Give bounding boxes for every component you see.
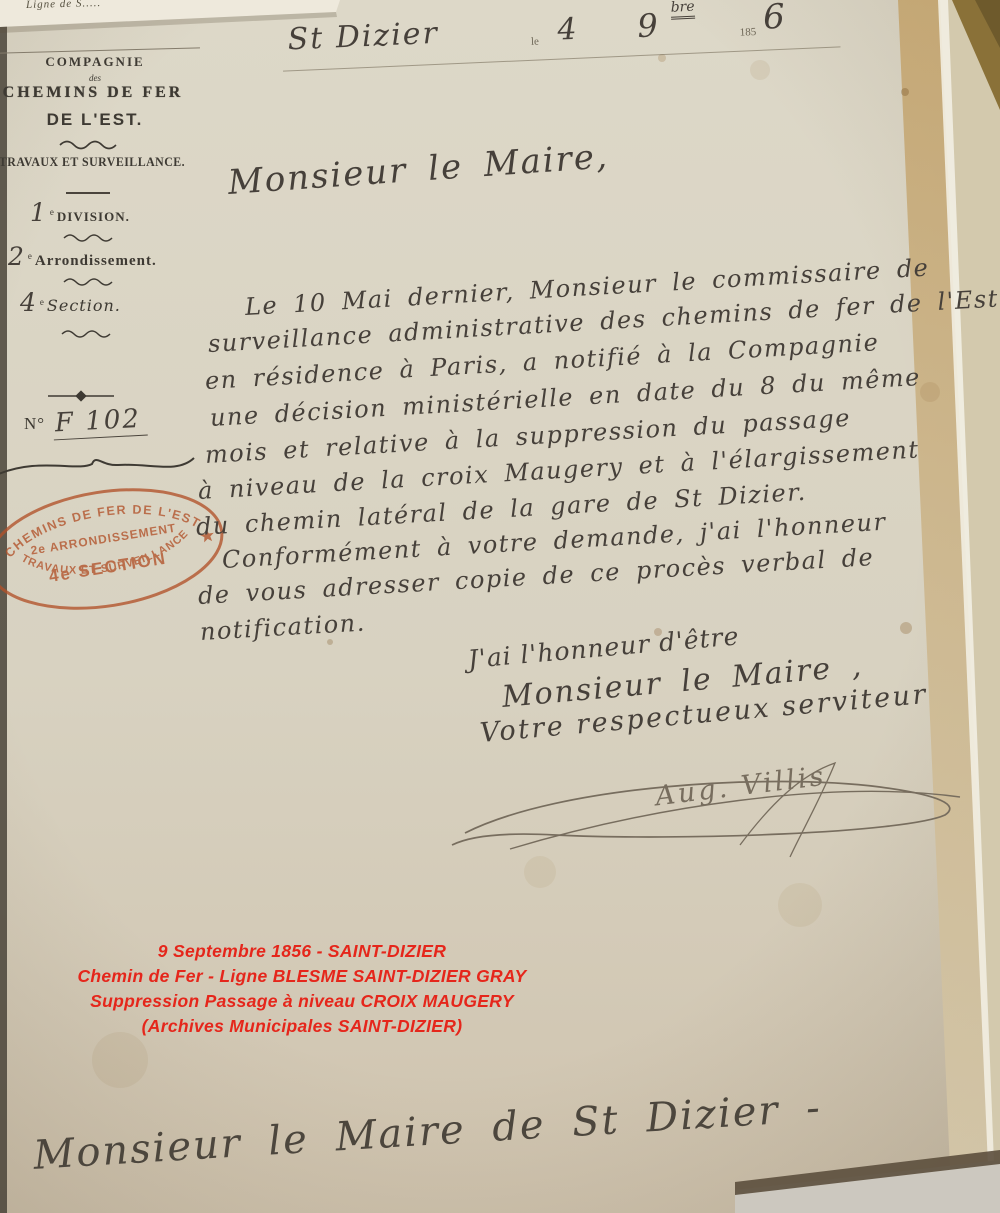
archive-caption: 9 Septembre 1856 - SAINT-DIZIER Chemin d… — [28, 939, 576, 1039]
arrondissement-label: Arrondissement. — [35, 253, 157, 269]
signature: Aug. Villis — [440, 745, 985, 865]
division-suffix: e — [50, 207, 54, 217]
arrondissement-number: 2 — [8, 242, 24, 271]
caption-line: (Archives Municipales SAINT-DIZIER) — [28, 1014, 576, 1039]
letterhead-numero: N°F 102 — [24, 406, 147, 438]
ornament-diamond-icon — [48, 390, 114, 402]
letterhead-company-line3: CHEMINS DE FER — [0, 84, 196, 102]
dateline-month-suffix: bre — [670, 0, 695, 20]
caption-line: 9 Septembre 1856 - SAINT-DIZIER — [28, 939, 576, 964]
section-label: Section. — [47, 296, 121, 315]
caption-line: Chemin de Fer - Ligne BLESME SAINT-DIZIE… — [28, 964, 576, 989]
divider-squiggle-icon — [62, 232, 114, 242]
dateline-month: 9 — [637, 6, 659, 45]
numero-label: N° — [24, 414, 45, 433]
divider-squiggle-icon — [58, 138, 120, 150]
divider-squiggle-icon — [60, 328, 116, 338]
caption-line: Suppression Passage à niveau CROIX MAUGE… — [28, 989, 576, 1014]
document-photo: Ligne de S..... COMPAGNIE des CHEMINS DE… — [0, 0, 1000, 1213]
letterhead-section: 4eSection. — [20, 288, 121, 317]
letterhead-arrondissement: 2eArrondissement. — [8, 242, 157, 271]
letterhead-division: 1eDIVISION. — [30, 198, 130, 227]
dateline-year-printed: 185 — [740, 26, 757, 39]
section-number: 4 — [20, 288, 36, 317]
section-suffix: e — [40, 297, 44, 307]
numero-value: F 102 — [52, 404, 147, 441]
division-label: DIVISION. — [57, 209, 130, 224]
division-number: 1 — [30, 198, 46, 227]
letterhead-company-line1: COMPAGNIE — [0, 54, 190, 70]
dateline-place: St Dizier — [287, 16, 440, 58]
dateline-day: 4 — [557, 12, 578, 48]
divider-squiggle-icon — [62, 276, 114, 286]
dateline-le: le — [531, 35, 539, 47]
dateline-year-digit: 6 — [762, 0, 785, 38]
letterhead-service: TRAVAUX ET SURVEILLANCE. — [0, 155, 185, 170]
letterhead-company-line2: des — [0, 73, 190, 83]
arrondissement-suffix: e — [28, 251, 32, 261]
letterhead-company-line4: DE L'EST. — [0, 110, 190, 130]
letterhead: COMPAGNIE des CHEMINS DE FER DE L'EST. T… — [0, 50, 200, 490]
divider-rule — [66, 192, 110, 194]
